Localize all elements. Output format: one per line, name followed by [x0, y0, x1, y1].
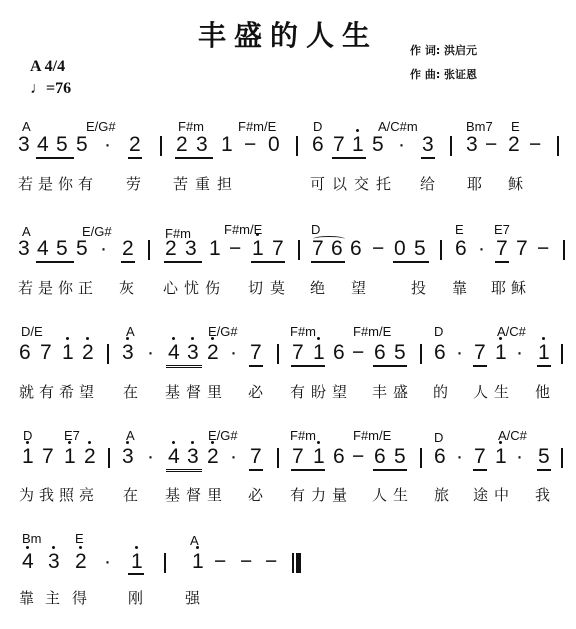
lyric: 为: [19, 484, 34, 505]
lyric: 投: [411, 277, 426, 298]
note-dot: ·: [147, 446, 154, 468]
note: 7: [272, 238, 284, 260]
lyric: 若: [18, 277, 33, 298]
lyric: 基: [165, 484, 180, 505]
note: 7: [40, 342, 52, 364]
chord: D: [311, 222, 320, 237]
lyric: 里: [207, 381, 222, 402]
chord: E: [75, 531, 84, 546]
lyric: 的: [433, 381, 448, 402]
note-high: 2: [75, 551, 87, 573]
tempo-marking: ♩=76: [30, 80, 71, 98]
note: 6: [374, 446, 386, 468]
note-high: 4: [22, 551, 34, 573]
note-high: 1: [192, 551, 204, 573]
lyric: 可: [310, 173, 325, 194]
lyric: 以: [332, 173, 347, 194]
final-bar-thick: [296, 553, 301, 573]
note-high: 1: [22, 446, 34, 468]
note: 7: [250, 446, 262, 468]
lyric: 劳: [126, 173, 141, 194]
chord: A: [22, 119, 31, 134]
lyric: 重: [195, 173, 210, 194]
lyric: 稣: [508, 173, 523, 194]
note: 3: [18, 238, 30, 260]
note: 5: [372, 134, 384, 156]
lyric: 是: [38, 277, 53, 298]
note: 7: [516, 238, 528, 260]
chord: A/C#: [498, 428, 527, 443]
note: 6: [333, 446, 345, 468]
bar-line: [296, 136, 298, 156]
note: 7: [474, 342, 486, 364]
note: 7: [42, 446, 54, 468]
lyric: 就: [19, 381, 34, 402]
note-dash: −: [352, 342, 364, 364]
lyric: 人: [473, 381, 488, 402]
note-high: 4: [168, 446, 180, 468]
note-dot: ·: [516, 446, 523, 468]
lyric: 督: [186, 381, 201, 402]
lyric: 希: [59, 381, 74, 402]
note: 6: [455, 238, 467, 260]
note: 3: [196, 134, 208, 156]
lyric: 你: [58, 277, 73, 298]
bar-line: [450, 136, 452, 156]
bar-line: [277, 448, 279, 468]
song-title: 丰盛的人生: [0, 14, 576, 54]
lyric: 交: [354, 173, 369, 194]
lyric: 旅: [434, 484, 449, 505]
note: 5: [538, 446, 550, 468]
note-high: 2: [207, 446, 219, 468]
lyric: 莫: [270, 277, 285, 298]
lyric: 耶: [491, 277, 506, 298]
note-dash: −: [485, 134, 497, 156]
lyric: 绝: [310, 277, 325, 298]
lyric: 人: [372, 484, 387, 505]
chord: F#m/E: [353, 324, 391, 339]
lyric: 靠: [452, 277, 467, 298]
note-high: 2: [82, 342, 94, 364]
note-dash: −: [240, 551, 252, 573]
note: 2: [508, 134, 520, 156]
lyric: 望: [332, 381, 347, 402]
bar-line: [107, 344, 109, 364]
note: 1: [221, 134, 233, 156]
note-high: 1: [495, 446, 507, 468]
note-high: 3: [48, 551, 60, 573]
note: 7: [292, 446, 304, 468]
chord: E: [455, 222, 464, 237]
note-high: 1: [313, 446, 325, 468]
note: 7: [474, 446, 486, 468]
bar-line: [164, 553, 166, 573]
note-dot: ·: [104, 551, 111, 573]
lyric: 丰: [372, 381, 387, 402]
note-dash: −: [214, 551, 226, 573]
chord: D: [434, 324, 443, 339]
note-high: 4: [168, 342, 180, 364]
note: 5: [56, 238, 68, 260]
note-high: 1: [62, 342, 74, 364]
chord: F#m: [178, 119, 204, 134]
lyric: 若: [18, 173, 33, 194]
note-dash: −: [352, 446, 364, 468]
note: 7: [250, 342, 262, 364]
bar-line: [563, 240, 565, 260]
note: 5: [394, 446, 406, 468]
bar-line: [148, 240, 150, 260]
lyric: 刚: [128, 587, 143, 608]
note-high: 3: [187, 342, 199, 364]
chord: D: [434, 430, 443, 445]
note-high: 1: [538, 342, 550, 364]
lyric: 我: [39, 484, 54, 505]
note-high: 3: [122, 446, 134, 468]
bar-line: [160, 136, 162, 156]
note: 6: [434, 446, 446, 468]
note-dot: ·: [100, 238, 107, 260]
lyric: 耶: [467, 173, 482, 194]
note: 0: [394, 238, 406, 260]
chord: F#m: [290, 324, 316, 339]
lyric: 心: [163, 277, 178, 298]
bar-line: [561, 344, 563, 364]
lyric: 有: [290, 381, 305, 402]
chord: F#m: [290, 428, 316, 443]
lyric: 有: [78, 173, 93, 194]
note-dash: −: [265, 551, 277, 573]
lyric: 盛: [393, 381, 408, 402]
bar-line: [440, 240, 442, 260]
note: 7: [496, 238, 508, 260]
lyric: 担: [217, 173, 232, 194]
note-high: 3: [187, 446, 199, 468]
note: 6: [19, 342, 31, 364]
lyric: 忧: [184, 277, 199, 298]
note: 2: [129, 134, 141, 156]
note-high: 1: [252, 238, 264, 260]
note-dot: ·: [230, 446, 237, 468]
chord: Bm: [22, 531, 42, 546]
lyric: 盼: [311, 381, 326, 402]
note: 5: [76, 238, 88, 260]
note: 7: [292, 342, 304, 364]
lyric: 量: [332, 484, 347, 505]
lyric: 正: [78, 277, 93, 298]
bar-line: [108, 448, 110, 468]
lyric: 途: [473, 484, 488, 505]
note-dot: ·: [456, 446, 463, 468]
note-dot: ·: [516, 342, 523, 364]
note: 2: [176, 134, 188, 156]
lyric: 托: [376, 173, 391, 194]
lyric: 他: [535, 381, 550, 402]
note: 4: [37, 238, 49, 260]
note: 5: [414, 238, 426, 260]
note-high: 3: [122, 342, 134, 364]
note: 5: [56, 134, 68, 156]
note-dot: ·: [147, 342, 154, 364]
quarter-note-icon: ♩: [30, 80, 46, 97]
lyric: 督: [186, 484, 201, 505]
note-dot: ·: [398, 134, 405, 156]
lyric: 生: [393, 484, 408, 505]
note-dash: −: [537, 238, 549, 260]
note-high: 1: [495, 342, 507, 364]
lyric: 灰: [119, 277, 134, 298]
note: 7: [333, 134, 345, 156]
lyric: 在: [123, 381, 138, 402]
note: 6: [374, 342, 386, 364]
lyricist-credit: 作 词: 洪启元: [410, 42, 477, 58]
note: 6: [350, 238, 362, 260]
lyric: 切: [248, 277, 263, 298]
note: 7: [312, 238, 324, 260]
note-high: 1: [131, 551, 143, 573]
lyric: 照: [59, 484, 74, 505]
note: 3: [422, 134, 434, 156]
note-dot: ·: [456, 342, 463, 364]
chord: F#m/E: [353, 428, 391, 443]
note: 3: [185, 238, 197, 260]
note: 3: [466, 134, 478, 156]
lyric: 稣: [511, 277, 526, 298]
note: 5: [76, 134, 88, 156]
lyric: 靠: [19, 587, 34, 608]
note-high: 2: [84, 446, 96, 468]
chord: E7: [494, 222, 510, 237]
chord: D/E: [21, 324, 43, 339]
lyric: 望: [79, 381, 94, 402]
bar-line: [561, 448, 563, 468]
lyric: 中: [494, 484, 509, 505]
note-dot: ·: [230, 342, 237, 364]
chord: E7: [64, 428, 80, 443]
note: 6: [333, 342, 345, 364]
note: 4: [37, 134, 49, 156]
bar-line: [298, 240, 300, 260]
lyric: 是: [38, 173, 53, 194]
lyric: 得: [72, 587, 87, 608]
lyric: 亮: [79, 484, 94, 505]
chord: D: [313, 119, 322, 134]
chord: E: [511, 119, 520, 134]
note: 6: [312, 134, 324, 156]
lyric: 有: [290, 484, 305, 505]
bar-line: [277, 344, 279, 364]
note: 5: [394, 342, 406, 364]
note: 0: [268, 134, 280, 156]
lyric: 我: [535, 484, 550, 505]
chord: F#m/E: [238, 119, 276, 134]
lyric: 基: [165, 381, 180, 402]
note-dash: −: [229, 238, 241, 260]
lyric: 苦: [173, 173, 188, 194]
note: 3: [18, 134, 30, 156]
lyric: 里: [207, 484, 222, 505]
lyric: 生: [494, 381, 509, 402]
composer-credit: 作 曲: 张证恩: [410, 66, 477, 82]
note-high: 1: [313, 342, 325, 364]
chord: Bm7: [466, 119, 493, 134]
lyric: 力: [311, 484, 326, 505]
note: 6: [434, 342, 446, 364]
lyric: 必: [248, 484, 263, 505]
note: 2: [122, 238, 134, 260]
lyric: 望: [351, 277, 366, 298]
note-dash: −: [372, 238, 384, 260]
note: 1: [209, 238, 221, 260]
lyric: 强: [185, 587, 200, 608]
note: 2: [165, 238, 177, 260]
lyric: 主: [45, 587, 60, 608]
note: 6: [331, 238, 343, 260]
note-high: 1: [352, 134, 364, 156]
note-high: 2: [207, 342, 219, 364]
lyric: 必: [248, 381, 263, 402]
lyric: 有: [39, 381, 54, 402]
note-dash: −: [529, 134, 541, 156]
chord: E/G#: [86, 119, 116, 134]
bar-line: [557, 136, 559, 156]
lyric: 在: [123, 484, 138, 505]
note-high: 1: [64, 446, 76, 468]
chord: A/C#m: [378, 119, 418, 134]
bar-line: [420, 344, 422, 364]
bar-line: [420, 448, 422, 468]
lyric: 给: [420, 173, 435, 194]
lyric: 伤: [205, 277, 220, 298]
note-dot: ·: [104, 134, 111, 156]
lyric: 你: [58, 173, 73, 194]
final-bar-thin: [292, 553, 294, 573]
key-time-signature: A 4/4: [30, 58, 65, 76]
note-dash: −: [244, 134, 256, 156]
note-dot: ·: [478, 238, 485, 260]
